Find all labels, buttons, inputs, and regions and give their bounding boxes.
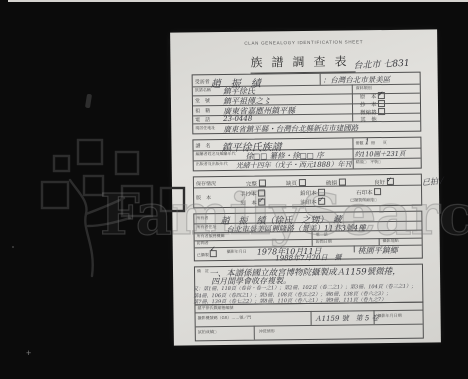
scanned-genealogy-sheet: CLAN GENEALOGY IDENTIFICATION SHEET 族譜調查… [170,29,441,345]
form-section-respondent: 受訪者 趙 振 績 ：台灣台北市景美區 族譜名稱 鎮平徐氏 堂 號 鎮平祖傳之〻… [192,72,422,135]
test-shot-label: 試拍成績□ [198,330,216,335]
publication-year-value: 光緒十四年（戊子・西元1888）年刊 [236,159,352,170]
divider [379,238,380,245]
field-label: 保存情況 [196,180,216,187]
field-label: 所有者 [196,216,208,221]
divider [311,311,312,325]
form-section-owner: 所有者 趙 振 績（徐氏 之甥） 藏 所有者住址 台北市景美區興隆路（景美）11… [193,211,423,262]
field-label: 譜 名 [195,142,210,149]
option-label: 其 他 [360,117,377,123]
microfilm-header: 鎮平徐氏微縮捲編號 [197,306,233,311]
field-label: 攝影地點 [383,239,399,244]
form-section-condition: 保存情況 完整 缺頁 破損 良好 ✓ 版 本 手抄本 鉛印本 石印本 刻 本 ✓… [193,174,422,209]
missing-pages-checkbox [298,179,305,186]
mimeograph-checkbox: ✓ [318,198,325,205]
original-checkbox: ✓ [378,92,385,99]
owner-address-value: 台北市景美區興隆路（景美）11巷3號4樓 [226,222,365,235]
phone-value: 23-0448 [223,115,252,123]
damaged-checkbox [338,179,345,186]
field-label: 編纂者姓名及編纂年代 [196,152,236,157]
form-section-remarks: 備 註 一、本譜係國立故宮博物院攝製成Ａ1159號微捲， 四月間學會收存複製。 … [194,264,423,306]
film-dust-dot [12,246,14,248]
binding-options: 精裝□ 平裝□ [356,160,381,165]
sheet-chinese-title: 族譜調查表 [250,52,355,73]
sheet-english-title: CLAN GENEALOGY IDENTIFICATION SHEET [170,38,437,46]
field-label: 訪問日期 [316,240,332,245]
film-frame-top-light-strip [8,0,468,2]
divider [196,324,423,328]
divider [254,326,255,340]
respondent-address-value: ：台灣台北市景美區 [323,74,391,86]
handwritten-extra-date: 1988年7月20日 攝 [195,252,422,265]
handwritten-filmed-stamp: 已拍✓ [422,176,444,189]
letterpress-checkbox [318,189,325,196]
film-date-label: 攝影年月日期 [378,314,402,319]
microfilmed-note: 已攝製微縮捲□ [350,198,376,203]
field-label: 電 話 [316,233,328,238]
current-address-value: 廣東省鎮平縣・台灣台北縣新店市建國路 [223,122,358,135]
lithograph-checkbox [374,188,381,195]
complete-checkbox [258,179,265,186]
copy-checkbox [378,100,385,107]
handwritten-city-annotation: 台北市 七831 [353,56,410,72]
field-label: 電 話 [195,116,210,123]
field-label: 祖 籍 [195,107,210,114]
reel-number-value: Ａ1159 號 第 5 卷 [315,313,379,324]
field-label: 受訪者 [195,78,210,85]
material-type-header: 資料類別 [356,86,372,91]
camera-number-label: 攝影機號碼（GS）……號／門 [198,316,252,321]
field-label: 版 本 [196,194,211,201]
developing-label: 沖洗情形 [259,329,275,334]
good-condition-checkbox: ✓ [386,178,393,185]
form-section-volume: 譜 名 鎮平徐氏族譜 冊數 1 冊 頁 編纂者姓名及編纂年代 徐□□ 纂修・徐□… [192,137,421,172]
field-label: 所有者住址 [196,225,216,230]
film-dust-speck [85,94,92,109]
field-label: 所有者服務機關 [197,234,225,239]
divider [352,84,353,121]
film-cross-mark: + [26,349,31,358]
field-label: 堂 號 [195,97,210,104]
woodblock-checkbox: ✓ [258,198,265,205]
field-label: 訪問者 [197,241,209,246]
manuscript-checkbox [258,189,265,196]
form-section-microfilm: 鎮平徐氏微縮捲編號 攝影機號碼（GS）……號／門 Ａ1159 號 第 5 卷 攝… [194,302,423,342]
field-label: 現居住地址 [195,126,215,131]
pages-note-value: 約110圖＋231頁 [355,149,406,159]
familysearch-tree-logo-icon [30,126,190,286]
remarks-label: 備 註 [197,269,209,274]
microfilm-checkbox [378,108,385,115]
divider [320,74,321,85]
field-label: 出版者及出版年代 [196,162,228,167]
field-label: 族譜名稱 [195,88,211,93]
divider [352,138,353,168]
film-scan-page: { "colors":{"background":"#0b0b0b","pape… [0,0,468,379]
divider [354,245,355,252]
volume-count-value: 1 [365,137,370,146]
